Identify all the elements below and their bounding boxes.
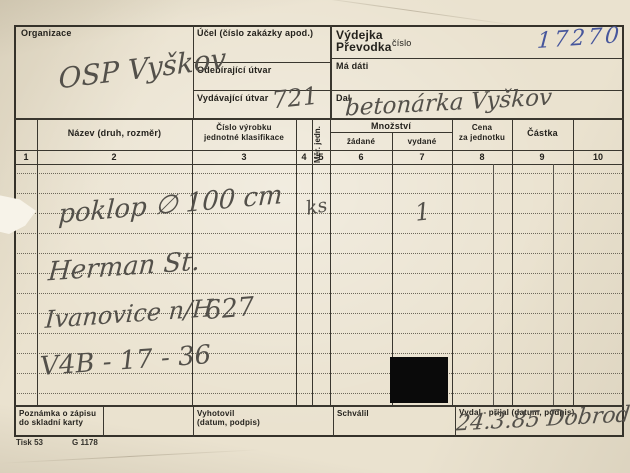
organizace-label: Organizace	[21, 28, 72, 38]
ruled-line	[17, 293, 622, 294]
divider	[193, 405, 194, 437]
col-number: 7	[419, 152, 424, 162]
divider	[37, 164, 38, 405]
divider	[512, 164, 513, 405]
ruled-line	[17, 333, 622, 334]
doc-title-line2: Převodka	[336, 41, 392, 53]
row3-cislo-vyrobku-handwritten: 627	[204, 292, 256, 326]
col-number: 9	[539, 152, 544, 162]
ruled-line	[17, 393, 622, 394]
g-print-mark: G 1178	[72, 438, 98, 447]
divider	[330, 164, 331, 405]
table-top-border	[15, 118, 624, 120]
tisk-print-mark: Tisk 53	[16, 438, 43, 447]
col-number: 6	[358, 152, 363, 162]
schvalil-label: Schválil	[337, 409, 369, 419]
vydavajici-utvar-handwritten-value: 721	[271, 82, 319, 115]
col-number: 2	[111, 152, 116, 162]
paper-crease	[0, 449, 260, 464]
col-cislo-vyrobku-header-line2: jednotné klasifikace	[192, 133, 296, 143]
divider	[330, 58, 624, 59]
col-nazev-header: Název (druh, rozměr)	[37, 128, 192, 138]
scanned-form-vydejka-prevodka: Organizace Účel (číslo zakázky apod.) Od…	[0, 0, 630, 473]
col-number: 10	[593, 152, 603, 162]
col-number: 4	[301, 152, 306, 162]
divider	[330, 25, 332, 118]
cislo-label: číslo	[392, 38, 412, 48]
divider	[37, 118, 38, 164]
col-castka-header: Částka	[512, 128, 573, 138]
ruled-line	[17, 173, 622, 174]
divider	[452, 164, 453, 405]
col-mnozstvi-header: Množství	[330, 121, 452, 131]
ruled-line	[17, 193, 622, 194]
divider	[553, 164, 554, 405]
col-number: 5	[318, 152, 323, 162]
divider	[296, 118, 297, 164]
col-number: 3	[241, 152, 246, 162]
divider	[573, 164, 574, 405]
col-number: 1	[23, 152, 28, 162]
redaction-black-box	[390, 357, 448, 403]
ruled-line	[17, 233, 622, 234]
divider	[512, 118, 513, 164]
row1-vydane-handwritten: 1	[414, 197, 432, 226]
divider	[573, 118, 574, 164]
col-number: 8	[479, 152, 484, 162]
col-zadane-header: žádané	[330, 137, 392, 147]
divider	[493, 164, 494, 405]
divider	[15, 164, 624, 165]
paper-crease	[301, 0, 519, 26]
col-cislo-vyrobku-header-line1: Číslo výrobku	[192, 123, 296, 133]
col-cena-header-line1: Cena	[452, 123, 512, 133]
col-cena-header-line2: za jednotku	[452, 133, 512, 143]
divider	[333, 405, 334, 437]
ma-dati-label: Má dáti	[336, 61, 368, 71]
divider	[330, 132, 452, 133]
divider	[103, 405, 104, 437]
col-vydane-header: vydané	[392, 137, 452, 147]
vyhotovil-label-line2: (datum, podpis)	[197, 418, 260, 428]
ucel-label: Účel (číslo zakázky apod.)	[197, 28, 313, 38]
divider	[296, 164, 297, 405]
vydavajici-utvar-label: Vydávající útvar	[197, 93, 268, 103]
row1-mer-jedn-handwritten: ks	[304, 194, 329, 219]
poznamka-label-line2: do skladní karty	[19, 418, 83, 428]
